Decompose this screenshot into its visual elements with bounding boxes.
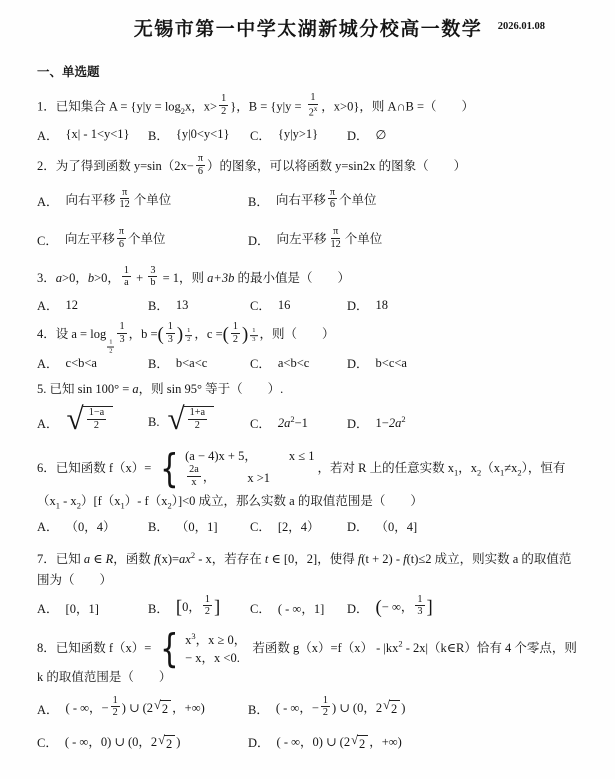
option-C: C．16 [250, 296, 347, 314]
option-content: ( - ∞，−12) ∪ (2√2，+∞) [66, 697, 205, 722]
math-fraction: 3b [148, 265, 157, 290]
math-text: ≠x [504, 461, 517, 475]
fraction-numerator: 1 [250, 328, 257, 336]
question-1: 1．已知集合 A = {y|y = log2x，x>12}，B = {y|y =… [37, 94, 579, 144]
option-label: D． [248, 733, 270, 751]
math-text: 个单位 [345, 232, 383, 246]
math-text: ( - ∞，1] [278, 602, 324, 616]
option-label: C． [250, 126, 271, 144]
fraction-numerator: 1 [166, 321, 175, 334]
fraction-numerator: π [117, 226, 126, 239]
math-text: 1 [310, 92, 315, 103]
math-text: （0，4] [376, 520, 418, 534]
math-paren: ( [223, 324, 229, 345]
option-label: A． [37, 296, 59, 314]
cases-row: (a − 4)x + 5，x ≤ 1 [185, 448, 314, 465]
option-C: C．( - ∞，0) ∪ (0，2√2) [37, 732, 248, 752]
math-text: ∈ [0，2]，使得 [268, 552, 357, 566]
math-text: x [191, 477, 196, 488]
option-content: a<b<c [278, 356, 309, 371]
option-C: C．[2，4） [250, 517, 347, 535]
question-stem: 2．为了得到函数 y=sin（2x−π6）的图象，可以将函数 y=sin2x 的… [37, 155, 579, 180]
math-text: 1+a [190, 407, 205, 418]
math-text: ，+∞) [172, 701, 205, 715]
math-variable: 2a [389, 416, 402, 430]
math-text: 1 [124, 265, 129, 276]
math-fraction: 12 [231, 321, 240, 346]
option-content: √1+a2 [166, 407, 215, 438]
exam-paper: 无锡市第一中学太湖新城分校高一数学 2026.01.08 一、单选题 1．已知集… [0, 0, 615, 752]
option-label: A． [37, 354, 59, 372]
math-text: ) [401, 701, 405, 715]
math-text: ( - ∞，0) ∪ (2 [277, 735, 351, 749]
option-content: （0，1] [176, 517, 218, 535]
question-8: 8．已知函数 f（x）= {x3，x ≥ 0，− x，x <0. 若函数 g（x… [37, 631, 579, 752]
math-text: ∈ [90, 552, 106, 566]
radicand: 2 [164, 735, 175, 752]
math-text: 6 [119, 239, 124, 250]
option-content: b<a<c [176, 356, 207, 371]
math-text: 向左平移 [65, 232, 115, 246]
math-text: b [150, 277, 155, 288]
math-text: 2a [189, 464, 199, 475]
math-fraction: 12 [203, 594, 212, 619]
math-text: 12 [331, 239, 341, 250]
math-text: 18 [376, 298, 389, 312]
option-content: （0，4） [66, 517, 116, 535]
math-text: 1− [376, 416, 389, 430]
fraction-numerator: 1 [107, 339, 114, 347]
math-text: 1 [119, 321, 124, 332]
math-text: ，则 sin 95° 等于（ ）. [139, 382, 284, 396]
math-text: 个单位 [339, 193, 377, 207]
option-A: A．c<b<a [37, 354, 148, 372]
math-text: 1．已知集合 A = {y|y = log [37, 99, 181, 113]
option-label: B． [148, 296, 169, 314]
math-text: 3 [119, 334, 124, 345]
math-text: π [198, 153, 203, 164]
math-fraction: 12x [307, 92, 320, 119]
math-text: ，+∞) [369, 735, 402, 749]
math-text: π [333, 226, 338, 237]
math-text: 7．已知 [37, 552, 84, 566]
math-text: (t + 2) - [361, 552, 403, 566]
math-paren: ] [214, 596, 220, 617]
option-D: D．1−2a2 [347, 414, 579, 432]
math-paren: ) [242, 324, 248, 345]
math-text: π [119, 226, 124, 237]
math-text: 向右平移 [66, 193, 116, 207]
math-text: （x [481, 461, 500, 475]
option-label: D． [347, 414, 369, 432]
math-fraction: 13 [117, 321, 126, 346]
math-fraction: 13 [250, 328, 257, 344]
question-7: 7．已知 a ∈ R，函数 f(x)=ax2 - x，若存在 t ∈ [0，2]… [37, 548, 579, 620]
fraction-denominator: 2 [193, 420, 202, 432]
option-content: 向左平移π12个单位 [277, 228, 383, 253]
fraction-denominator: 3 [166, 334, 175, 346]
option-content: ( - ∞，−12) ∪ (0，2√2) [276, 697, 406, 722]
math-fraction: 2ax [187, 464, 201, 489]
math-text: 1 [252, 328, 255, 335]
math-text: 向右平移 [276, 193, 326, 207]
left-brace-icon: { [161, 454, 179, 485]
radical-sign-icon: √ [167, 403, 184, 434]
option-content: ( - ∞，0) ∪ (0，2√2) [65, 732, 181, 752]
math-text: [2，4） [278, 520, 320, 534]
fraction-denominator: 2 [231, 334, 240, 346]
math-text: 2 [113, 707, 118, 718]
math-text: ，x>0}，则 A∩B =（ ） [321, 99, 474, 113]
option-content: （0，4] [376, 517, 418, 535]
math-text: {x| - 1<y<1} [66, 127, 130, 141]
math-text: 3． [37, 271, 56, 285]
math-text: 2 [166, 737, 172, 751]
fraction-denominator: 6 [328, 199, 337, 211]
fraction-denominator: 3 [415, 606, 424, 618]
math-fraction: 12 [321, 695, 330, 720]
math-paren: ( [158, 324, 164, 345]
cases-rows: x3，x ≥ 0，− x，x <0. [185, 631, 246, 667]
math-text: π [330, 187, 335, 198]
option-content: 向右平移π12个单位 [66, 189, 172, 214]
math-fraction: 12 [185, 328, 192, 344]
option-D: D．18 [347, 296, 579, 314]
math-fraction: 1+a2 [188, 407, 207, 432]
question-options: A．向右平移π12个单位B．向右平移π6个单位C．向左平移π6个单位D．向左平移… [37, 189, 579, 253]
math-text: ，函数 [113, 552, 154, 566]
question-list: 1．已知集合 A = {y|y = log2x，x>12}，B = {y|y =… [37, 94, 579, 752]
math-text: (x)= [157, 552, 179, 566]
option-label: A． [37, 599, 59, 617]
question-3: 3．a>0，b>0，1a + 3b = 1，则 a+3b 的最小值是（ ）A．1… [37, 267, 579, 315]
math-text: ， [203, 470, 216, 484]
math-text: 2 [391, 702, 397, 716]
piecewise-cases: {(a − 4)x + 5，x ≤ 12ax，x >1 [157, 448, 314, 490]
option-content: 向左平移π6个单位 [65, 228, 166, 253]
option-D: D．∅ [347, 126, 579, 144]
math-text: ) ∪ (2 [122, 701, 153, 715]
radical-sign-icon: √ [154, 699, 161, 712]
math-text: 0， [182, 600, 201, 614]
math-text: 3 [150, 265, 155, 276]
cases-rows: (a − 4)x + 5，x ≤ 12ax，x >1 [185, 448, 314, 490]
math-text: 的最小值是（ ） [234, 271, 350, 285]
math-text: 个单位 [134, 193, 172, 207]
math-text: ）- f（x [125, 494, 168, 508]
option-content: [0，12] [176, 596, 220, 621]
radicand: 1−a2 [83, 406, 113, 434]
fraction-denominator: 3 [250, 336, 257, 343]
case-expression: 2ax， [185, 466, 215, 491]
math-text: π [122, 187, 127, 198]
math-text: 1 [323, 695, 328, 706]
math-text: ，若对 R 上的任意实数 x [317, 461, 453, 475]
math-text: 16 [278, 298, 291, 312]
math-text: 1 [109, 339, 112, 346]
option-label: C． [250, 517, 271, 535]
math-text: 6 [330, 199, 335, 210]
question-options: A．[0，1]B．[0，12]C．( - ∞，1]D．(− ∞，13] [37, 596, 579, 621]
math-fraction: 13 [166, 321, 175, 346]
math-text: 1 [113, 695, 118, 706]
math-paren: ) [177, 324, 183, 345]
math-text: = 1，则 [159, 271, 207, 285]
math-fraction: 12 [111, 695, 120, 720]
option-label: D． [347, 296, 369, 314]
question-5: 5. 已知 sin 100° = a，则 sin 95° 等于（ ）.A．√1−… [37, 379, 579, 438]
math-text: −1 [295, 416, 308, 430]
math-fraction: 1−a2 [87, 407, 106, 432]
fraction-denominator: 2 [219, 106, 228, 118]
option-label: B． [248, 192, 269, 210]
math-text: 1 [233, 321, 238, 332]
option-content: 16 [278, 298, 291, 313]
math-text: 6 [198, 166, 203, 177]
math-text: ，b = [129, 327, 158, 341]
math-text: （0，1] [176, 520, 218, 534]
question-stem: 5. 已知 sin 100° = a，则 sin 95° 等于（ ）. [37, 379, 579, 400]
math-text: 1 [168, 321, 173, 332]
math-fraction: π6 [117, 226, 126, 251]
math-text: ）[f（x [81, 494, 121, 508]
case-expression: x3，x ≥ 0， [185, 631, 246, 649]
math-text: 3 [252, 336, 255, 343]
math-text: ，c = [194, 327, 222, 341]
math-text: 2 [233, 334, 238, 345]
math-text: ) ∪ (0，2 [332, 701, 382, 715]
math-text: 2．为了得到函数 y=sin（2x− [37, 159, 194, 173]
option-B: B．b<a<c [148, 354, 250, 372]
cases-row: 2ax，x >1 [185, 466, 314, 491]
option-content: {y|y>1} [278, 127, 318, 142]
math-text: 2 [94, 420, 99, 431]
math-text: 向左平移 [277, 232, 327, 246]
fraction-denominator: x [189, 477, 198, 489]
math-fraction: 13 [415, 594, 424, 619]
fraction-denominator: 6 [117, 239, 126, 251]
case-condition: x ≤ 1 [289, 448, 315, 465]
option-label: D． [347, 354, 369, 372]
fraction-numerator: π [120, 187, 129, 200]
sqrt-radical: √2 [158, 735, 175, 752]
math-variable: 2a [278, 416, 291, 430]
option-label: B． [248, 700, 269, 718]
option-B: B．向右平移π6个单位 [248, 189, 579, 214]
option-content: ( - ∞，1] [278, 599, 324, 617]
option-D: D．（0，4] [347, 517, 579, 535]
fraction-denominator: 2 [107, 347, 114, 354]
radical-sign-icon: √ [67, 403, 84, 434]
math-text: ，则（ ） [260, 327, 335, 341]
math-text: ( - ∞，− [276, 701, 319, 715]
superscript: 2 [401, 414, 405, 424]
question-options: A．（0，4）B．（0，1]C．[2，4）D．（0，4] [37, 517, 579, 535]
option-label: C． [37, 231, 58, 249]
option-D: D．b<c<a [347, 354, 579, 372]
option-content: 12 [66, 298, 79, 313]
math-text: ( - ∞，0) ∪ (0，2 [65, 735, 157, 749]
math-text: ( - ∞，− [66, 701, 109, 715]
option-C: C．{y|y>1} [250, 126, 347, 144]
math-variable: a+3b [207, 271, 234, 285]
fraction-denominator: 2 [203, 606, 212, 618]
option-A: A．{x| - 1<y<1} [37, 126, 148, 144]
radical-sign-icon: √ [383, 699, 390, 712]
math-text: (a − 4)x + 5， [185, 449, 257, 463]
option-C: C．向左平移π6个单位 [37, 228, 248, 253]
option-label: D． [347, 517, 369, 535]
option-label: A． [37, 414, 59, 432]
radical-sign-icon: √ [158, 734, 165, 747]
math-text: 2 [359, 737, 365, 751]
option-content: ∅ [376, 127, 387, 143]
sqrt-radical: √1−a2 [67, 406, 114, 437]
paper-header: 无锡市第一中学太湖新城分校高一数学 2026.01.08 [37, 14, 579, 44]
option-content: √1−a2 [66, 407, 115, 438]
question-6: 6．已知函数 f（x）= {(a − 4)x + 5，x ≤ 12ax，x >1… [37, 448, 579, 535]
question-options: A．12B．13C．16D．18 [37, 296, 579, 314]
fraction-denominator: 2 [111, 707, 120, 719]
question-2: 2．为了得到函数 y=sin（2x−π6）的图象，可以将函数 y=sin2x 的… [37, 155, 579, 253]
math-text: 1−a [89, 407, 104, 418]
option-content: c<b<a [66, 356, 97, 371]
option-content: 13 [176, 298, 189, 313]
question-options: A．( - ∞，−12) ∪ (2√2，+∞)B．( - ∞，−12) ∪ (0… [37, 697, 579, 752]
math-text: 1 [417, 594, 422, 605]
fraction-denominator: 2 [185, 336, 192, 343]
fraction-denominator: 6 [196, 166, 205, 178]
fraction-numerator: 1 [203, 594, 212, 607]
math-text: {y|0<y<1} [176, 127, 230, 141]
sqrt-radical: √2 [383, 700, 400, 717]
option-A: A．√1−a2 [37, 407, 148, 438]
math-text: 12 [66, 298, 79, 312]
page-title: 无锡市第一中学太湖新城分校高一数学 [134, 14, 483, 41]
fraction-numerator: 1+a [188, 407, 207, 420]
math-text: >0， [62, 271, 88, 285]
math-text: ∅ [376, 128, 387, 142]
option-content: {x| - 1<y<1} [66, 127, 130, 142]
left-brace-icon: { [161, 634, 179, 665]
math-text: − ∞， [382, 600, 414, 614]
case-expression: − x，x <0. [185, 650, 240, 667]
math-fraction: π12 [118, 187, 132, 212]
math-paren: ] [427, 596, 433, 617]
option-D: D．( - ∞，0) ∪ (2√2，+∞) [248, 732, 579, 752]
math-text: a<b<c [278, 356, 309, 370]
option-label: B． [148, 126, 169, 144]
question-options: A．√1−a2B.√1+a2C．2a2−1D．1−2a2 [37, 407, 579, 438]
option-C: C．2a2−1 [250, 414, 347, 432]
fraction-denominator: b [148, 277, 157, 289]
math-text: − x，x <0. [185, 651, 240, 665]
option-label: C． [250, 354, 271, 372]
fraction-numerator: 1−a [87, 407, 106, 420]
fraction-denominator: 2 [92, 420, 101, 432]
option-B: B．( - ∞，−12) ∪ (0，2√2) [248, 697, 579, 722]
option-C: C．( - ∞，1] [250, 599, 347, 617]
option-D: D．向左平移π12个单位 [248, 228, 579, 253]
fraction-denominator: 12 [118, 199, 132, 211]
cases-row: − x，x <0. [185, 650, 246, 667]
fraction-denominator: 3 [117, 334, 126, 346]
math-text: ）的图象，可以将函数 y=sin2x 的图象（ ） [207, 159, 466, 173]
question-options: A．c<b<aB．b<a<cC．a<b<cD．b<c<a [37, 354, 579, 372]
option-label: A． [37, 700, 59, 718]
math-text: b<a<c [176, 356, 207, 370]
question-stem: 7．已知 a ∈ R，函数 f(x)=ax2 - x，若存在 t ∈ [0，2]… [37, 548, 579, 590]
math-text: ) [176, 735, 180, 749]
question-stem: 4．设 a = log1213，b =(13)12，c =(12)13，则（ ） [37, 323, 579, 349]
option-label: A． [37, 517, 59, 535]
option-label: B. [148, 415, 159, 430]
option-D: D．(− ∞，13] [347, 596, 579, 621]
fraction-numerator: 1 [111, 695, 120, 708]
fraction-numerator: 1 [231, 321, 240, 334]
option-label: B． [148, 599, 169, 617]
math-text: {y|y>1} [278, 127, 318, 141]
option-label: B． [148, 354, 169, 372]
math-text: 个单位 [128, 232, 166, 246]
fraction-numerator: 1 [415, 594, 424, 607]
radicand: 2 [160, 700, 171, 717]
fraction-numerator: 1 [321, 695, 330, 708]
math-text: c<b<a [66, 356, 97, 370]
option-content: b<c<a [376, 356, 407, 371]
sqrt-radical: √2 [154, 700, 171, 717]
option-content: [0，1] [66, 599, 99, 617]
fraction-denominator: a [122, 277, 131, 289]
option-label: C． [250, 296, 271, 314]
radicand: 2 [357, 735, 368, 752]
option-content: 向右平移π6个单位 [276, 189, 377, 214]
superscript: x [314, 105, 317, 113]
fraction-numerator: π [328, 187, 337, 200]
radical-sign-icon: √ [351, 734, 358, 747]
section-heading: 一、单选题 [37, 62, 579, 80]
math-text: 3 [417, 606, 422, 617]
math-text: 12 [120, 199, 130, 210]
fraction-denominator: 12 [329, 239, 343, 251]
question-stem: 8．已知函数 f（x）= {x3，x ≥ 0，− x，x <0. 若函数 g（x… [37, 631, 579, 688]
option-B: B．[0，12] [148, 596, 250, 621]
math-text: }，B = {y|y = [230, 99, 304, 113]
math-text: 1 [205, 594, 210, 605]
fraction-numerator: 1 [117, 321, 126, 334]
option-label: D． [347, 126, 369, 144]
math-fraction: 12 [219, 93, 228, 118]
option-label: D． [347, 599, 369, 617]
option-label: B． [148, 517, 169, 535]
math-fraction: 1a [122, 265, 131, 290]
math-fraction: 12 [107, 339, 114, 355]
math-fraction: π6 [328, 187, 337, 212]
fraction-numerator: 1 [185, 328, 192, 336]
option-content: [2，4） [278, 517, 320, 535]
fraction-denominator: 2 [321, 707, 330, 719]
option-C: C．a<b<c [250, 354, 347, 372]
option-label: D． [248, 231, 270, 249]
case-expression: (a − 4)x + 5， [185, 448, 257, 465]
fraction-numerator: 1 [122, 265, 131, 278]
math-text: a [124, 277, 129, 288]
radicand: 2 [389, 700, 400, 717]
fraction-numerator: 1 [308, 92, 317, 105]
math-fraction: π12 [329, 226, 343, 251]
math-text: + [133, 271, 146, 285]
math-text: 2 [323, 707, 328, 718]
